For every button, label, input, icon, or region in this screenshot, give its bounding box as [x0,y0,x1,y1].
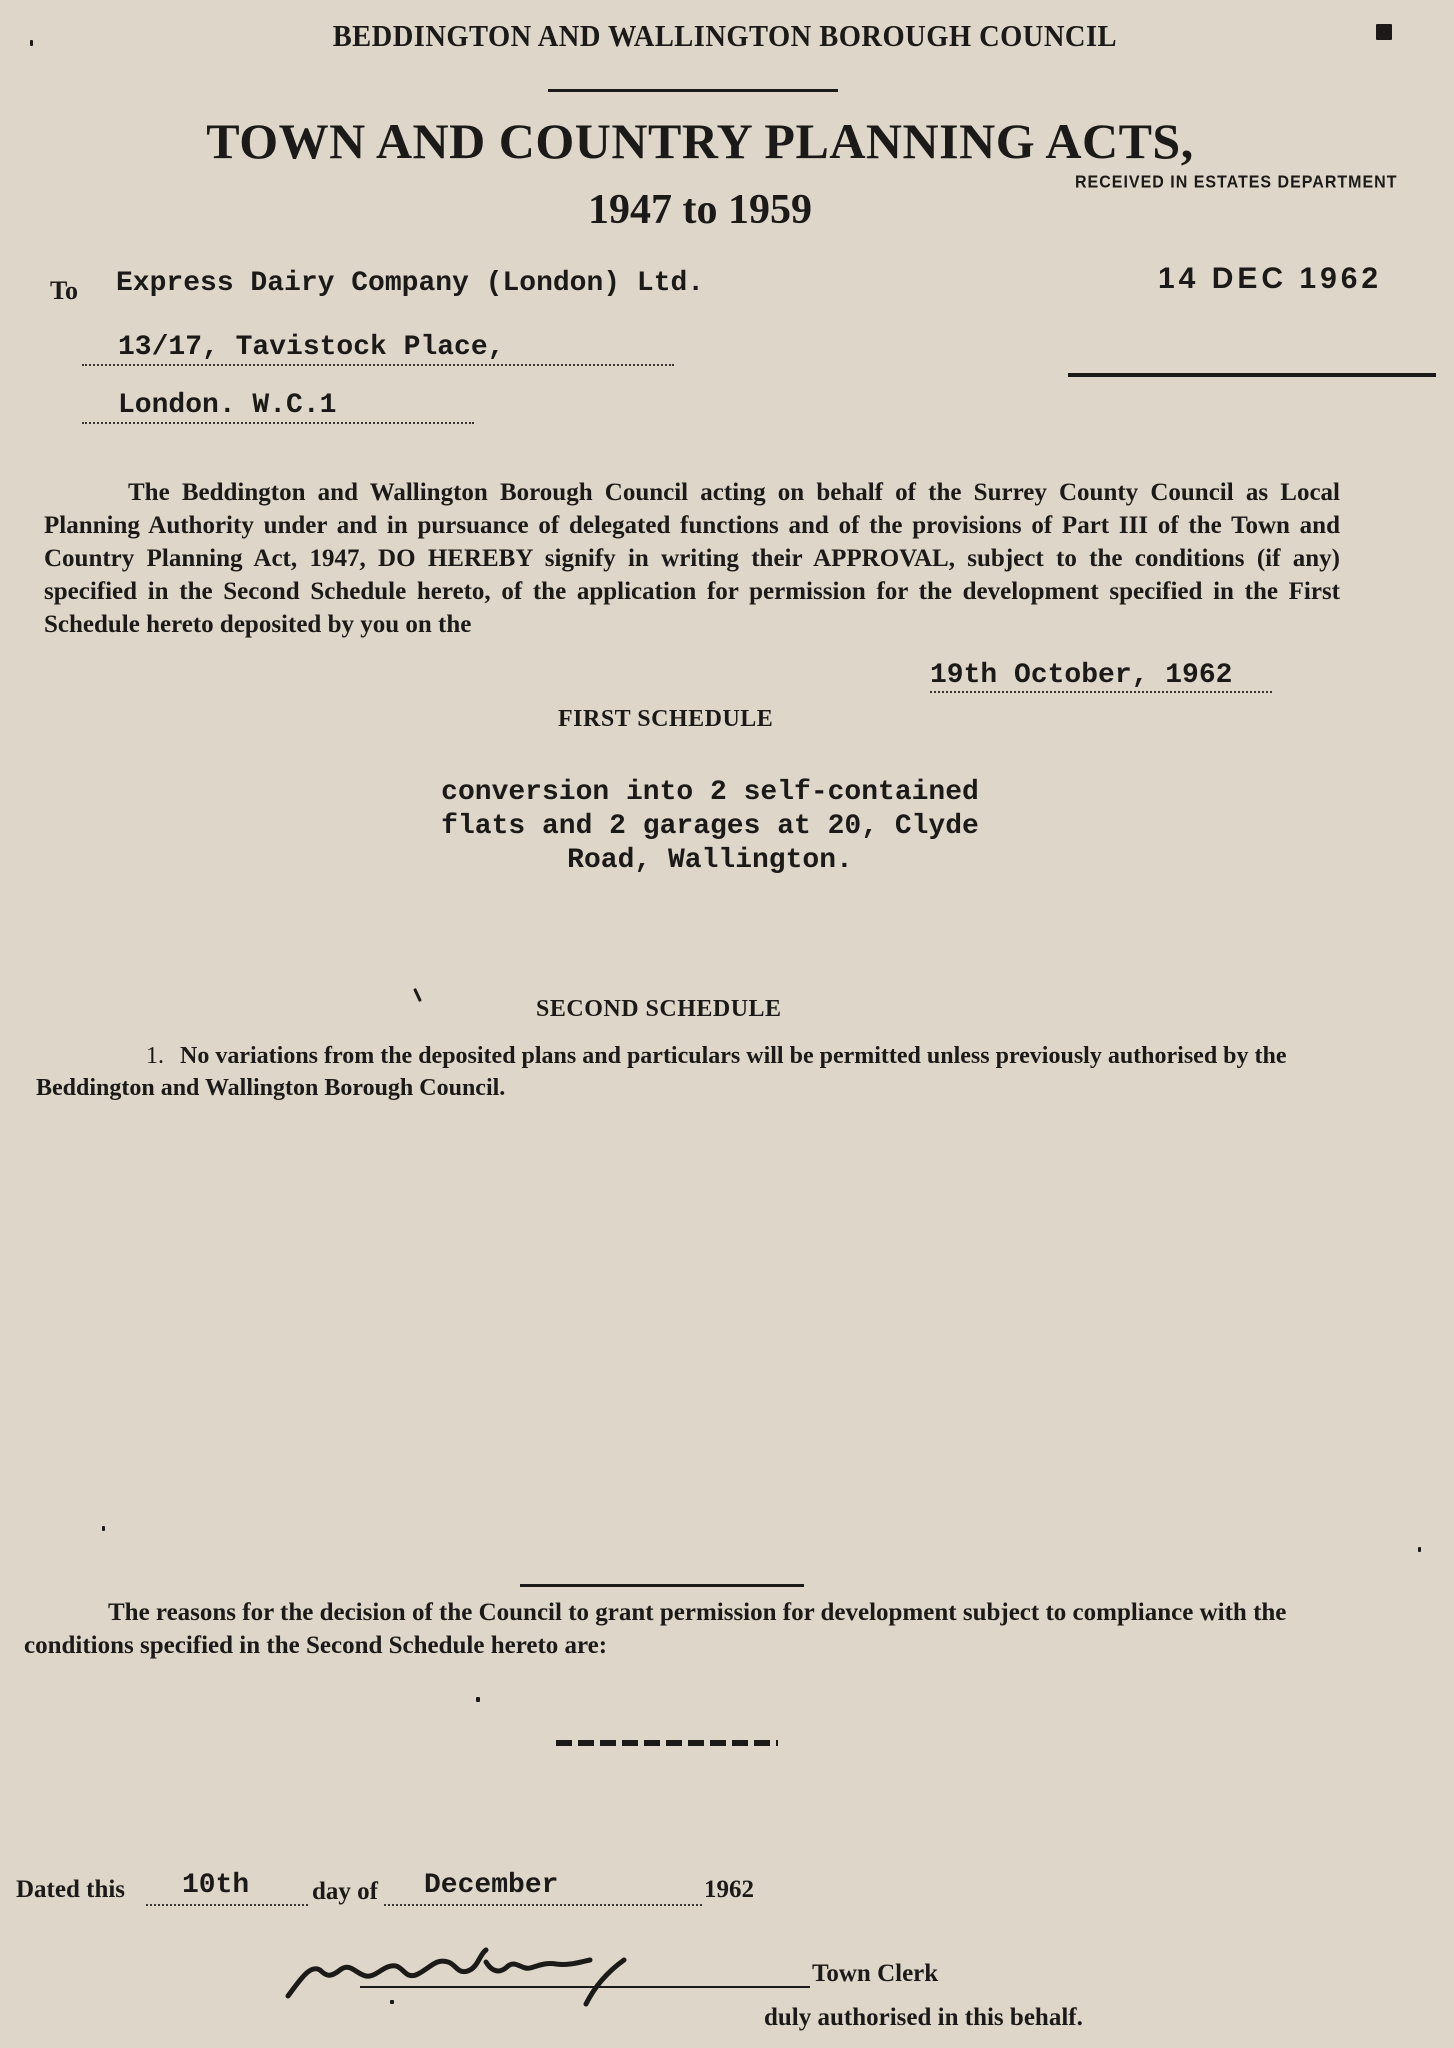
condition-text: No variations from the deposited plans a… [36,1043,1287,1101]
scan-speck [102,1526,105,1531]
dated-month-underline [384,1904,702,1906]
received-stamp-label: RECEIVED IN ESTATES DEPARTMENT [1075,173,1397,193]
received-stamp-date: 14 DEC 1962 [1158,262,1382,296]
addressee-name: Express Dairy Company (London) Ltd. [116,268,704,299]
dated-year: 1962 [704,1876,754,1904]
to-label: To [50,276,78,306]
second-schedule-heading: SECOND SCHEDULE [536,996,782,1023]
signature-mark [280,1940,740,2010]
signatory-authority: duly authorised in this behalf. [764,2004,1083,2032]
stamp-rule [1068,373,1436,377]
signature-line [360,1986,810,1988]
address-line-1-underline [82,364,674,366]
acts-title: TOWN AND COUNTRY PLANNING ACTS, [0,112,1400,170]
reasons-paragraph: The reasons for the decision of the Coun… [24,1596,1324,1662]
condition-number: 1. [36,1040,180,1072]
approval-paragraph-text: The Beddington and Wallington Borough Co… [44,479,1340,638]
dated-day-of: day of [312,1878,378,1906]
scan-speck [413,988,422,1002]
scan-speck [30,40,33,46]
address-line-2-underline [82,422,474,424]
scan-speck [390,2000,394,2004]
scan-speck [476,1697,480,1702]
scan-speck [1418,1547,1421,1552]
dated-day-underline [146,1904,308,1906]
acts-years: 1947 to 1959 [0,186,1400,234]
address-line-2: London. W.C.1 [118,390,336,421]
reasons-paragraph-text: The reasons for the decision of the Coun… [24,1599,1286,1659]
address-line-1: 13/17, Tavistock Place, [118,332,504,363]
signatory-title: Town Clerk [812,1960,938,1988]
first-schedule-heading: FIRST SCHEDULE [558,706,773,733]
approval-paragraph: The Beddington and Wallington Borough Co… [44,476,1340,641]
dated-prefix: Dated this [16,1876,125,1904]
dated-month: December [424,1870,558,1901]
corner-ink-mark [1376,24,1392,40]
condition-item: 1.No variations from the deposited plans… [36,1040,1332,1104]
deposit-date: 19th October, 1962 [930,660,1272,693]
first-schedule-text: conversion into 2 self-contained flats a… [300,776,1120,878]
header-divider [548,89,838,92]
reasons-divider [520,1584,804,1587]
council-name: BEDDINGTON AND WALLINGTON BOROUGH COUNCI… [56,18,1394,54]
dashed-separator [556,1740,778,1746]
dated-day: 10th [182,1870,249,1901]
